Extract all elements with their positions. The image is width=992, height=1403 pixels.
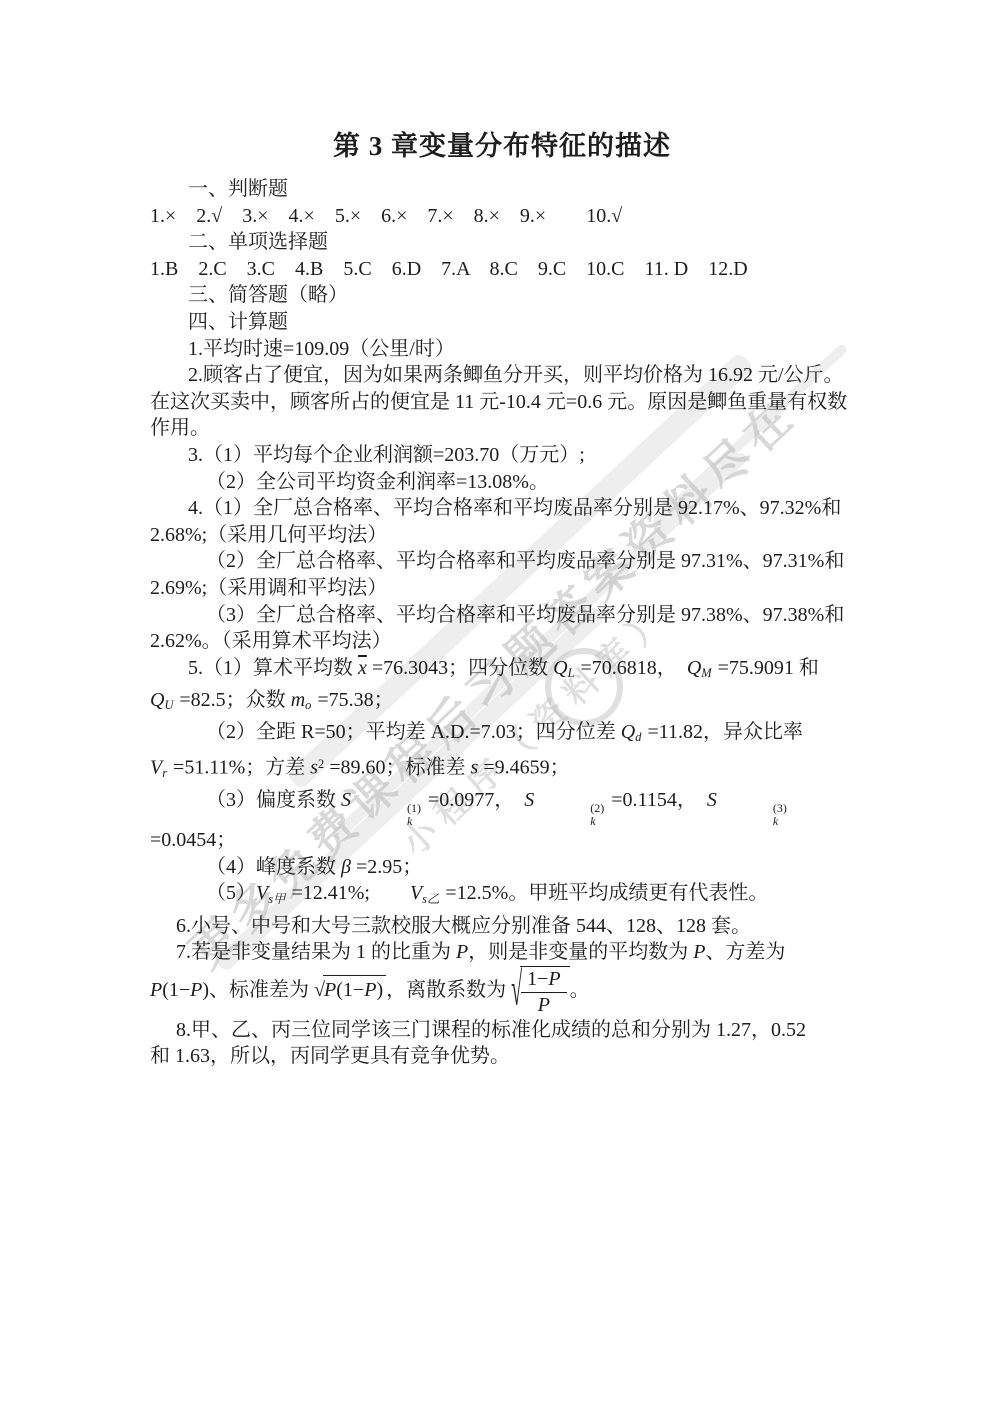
mean-symbol: x — [358, 657, 367, 679]
q1-answer: 1.平均时速=109.09（公里/时） — [150, 336, 854, 363]
judgment-answers: 1.× 2.√ 3.× 4.× 5.× 6.× 7.× 8.× 9.× 10.√ — [150, 203, 854, 230]
fraction: 1−PP — [521, 968, 567, 1017]
document-page: 第 3 章变量分布特征的描述 一、判断题 1.× 2.√ 3.× 4.× 5.×… — [150, 128, 854, 1070]
q8-answer-line1: 8.甲、乙、丙三位同学该三门课程的标准化成绩的总和分别为 1.27，0.52 — [150, 1017, 854, 1044]
q4-answer-line2: 2.68%;（采用几何平均法） — [150, 522, 854, 549]
q3-answer-line2: （2）全公司平均资金利润率=13.08%。 — [150, 469, 854, 496]
quartile-Q-symbol: Q — [687, 657, 701, 679]
fraction-numerator: 1−P — [521, 968, 567, 993]
radical-body: 1−PP — [520, 966, 570, 1017]
q5-text: 5.（1）算术平均数 — [188, 657, 358, 679]
subscript-o: o — [305, 698, 311, 712]
q5-text: =70.6818， — [576, 657, 687, 679]
q8-answer-line2: 和 1.63，所以，丙同学更具有竞争优势。 — [150, 1043, 854, 1070]
subscript-s-jia: s甲 — [268, 892, 285, 906]
q5-text: =2.95； — [351, 856, 422, 878]
q5-text: （5） — [206, 882, 256, 904]
q5-part2-line2: Vr =51.11%；方差 s2 =89.60；标准差 s =9.4659； — [150, 751, 854, 787]
quartile-Q-symbol: Q — [553, 657, 567, 679]
q7-text: 。 — [570, 979, 590, 1001]
P-symbol: P — [150, 979, 162, 1001]
subscript-d: d — [635, 730, 641, 744]
q5-part2-line1: （2）全距 R=50；平均差 A.D.=7.03；四分位差 Qd =11.82，… — [150, 719, 854, 751]
skewness-S-symbol: S — [341, 789, 351, 811]
q2-answer-line3: 作用。 — [150, 415, 854, 442]
q5-text: =51.11%；方差 — [168, 756, 310, 778]
q5-text: （2）全距 R=50；平均差 A.D.=7.03；四分位差 — [206, 721, 621, 743]
radical-sign: √ — [511, 960, 522, 1022]
q7-text: 7.若是非变量结果为 1 的比重为 — [176, 941, 456, 963]
section2-heading: 二、单项选择题 — [150, 229, 854, 256]
q5-text: =0.1154， — [606, 789, 707, 811]
subscript-M: M — [701, 666, 711, 680]
subscript-r: r — [162, 766, 167, 780]
skewness-subsup-2: (2)k — [534, 802, 604, 827]
variance-expression: (1− — [162, 979, 190, 1001]
choice-answers: 1.B 2.C 3.C 4.B 5.C 6.D 7.A 8.C 9.C 10.C… — [150, 256, 854, 283]
q3-answer-line1: 3.（1）平均每个企业利润额=203.70（万元）; — [150, 442, 854, 469]
subscript-L: L — [568, 666, 575, 680]
skewness-subsup-3: (3)k — [717, 802, 787, 827]
P-symbol: P — [693, 941, 705, 963]
section3-heading: 三、简答题（略） — [150, 282, 854, 309]
beta-symbol: β — [341, 856, 351, 878]
q7-answer-line1: 7.若是非变量结果为 1 的比重为 P，则是非变量的平均数为 P、方差为 — [150, 939, 854, 966]
q7-text: ，离散系数为 — [386, 979, 511, 1001]
mode-symbol: m — [291, 689, 305, 711]
q4-answer-line6: 2.62%。（采用算术平均法） — [150, 628, 854, 655]
sqrt-fraction-expression: √1−PP — [511, 966, 569, 1017]
q6-answer: 6.小号、中号和大号三款校服大概应分别准备 544、128、128 套。 — [150, 913, 854, 940]
q4-answer-line1: 4.（1）全厂总合格率、平均合格率和平均废品率分别是 92.17%、97.32%… — [150, 495, 854, 522]
P-symbol: P — [456, 941, 468, 963]
q5-part1-line2: QU =82.5；众数 mo =75.38； — [150, 687, 854, 719]
subscript-U: U — [164, 698, 173, 712]
q7-answer-line2: P(1−P)、标准差为 √P(1−P)，离散系数为 √1−PP。 — [150, 966, 854, 1017]
q5-part4-line: （4）峰度系数 β =2.95； — [150, 854, 854, 881]
q5-text: =76.3043；四分位数 — [367, 657, 553, 679]
fraction-denominator: P — [521, 993, 567, 1017]
section4-heading: 四、计算题 — [150, 309, 854, 336]
skewness-subsup-1: (1)k — [351, 802, 421, 827]
radical-body: P(1−P) — [323, 975, 386, 1004]
V-symbol: V — [150, 756, 162, 778]
q2-answer-line2: 在这次买卖中，顾客所占的便宜是 11 元-10.4 元=0.6 元。原因是鲫鱼重… — [150, 389, 854, 416]
q5-text: =12.5%。甲班平均成绩更有代表性。 — [440, 882, 768, 904]
skewness-S-symbol: S — [524, 789, 534, 811]
q5-text: =75.38； — [312, 689, 393, 711]
q5-text: （4）峰度系数 — [206, 856, 341, 878]
q5-text: =12.41%; — [286, 882, 410, 904]
q5-text: =11.82，异众比率 — [642, 721, 803, 743]
q5-part3-line: （3）偏度系数 S(1)k =0.0977， S(2)k =0.1154， S(… — [150, 787, 854, 854]
page-title: 第 3 章变量分布特征的描述 — [150, 128, 854, 164]
P-symbol: P — [190, 979, 202, 1001]
q7-text: 、标准差为 — [209, 979, 314, 1001]
q5-text: =82.5；众数 — [174, 689, 290, 711]
q5-text: =9.4659； — [478, 756, 569, 778]
sqrt-expression: √P(1−P) — [314, 979, 386, 1001]
q2-answer-line1: 2.顾客占了便宜，因为如果两条鲫鱼分开买，则平均价格为 16.92 元/公斤。 — [150, 362, 854, 389]
q5-part1-line1: 5.（1）算术平均数 x =76.3043；四分位数 QL =70.6818， … — [150, 655, 854, 687]
quartile-Q-symbol: Q — [621, 721, 635, 743]
section1-heading: 一、判断题 — [150, 176, 854, 203]
q7-text: ，则是非变量的平均数为 — [468, 941, 693, 963]
q5-text: （3）偏度系数 — [206, 789, 341, 811]
q5-text: =89.60；标准差 — [324, 756, 470, 778]
q5-part5-line: （5）Vs甲 =12.41%; Vs乙 =12.5%。甲班平均成绩更有代表性。 — [150, 880, 854, 912]
q5-text: =75.9091 和 — [713, 657, 819, 679]
q7-text: 、方差为 — [705, 941, 785, 963]
s-symbol: s — [310, 756, 318, 778]
quartile-Q-symbol: Q — [150, 689, 164, 711]
q4-answer-line3: （2）全厂总合格率、平均合格率和平均废品率分别是 97.31%、97.31%和 — [150, 548, 854, 575]
skewness-S-symbol: S — [707, 789, 717, 811]
subscript-s-yi: s乙 — [422, 892, 439, 906]
q4-answer-line5: （3）全厂总合格率、平均合格率和平均废品率分别是 97.38%、97.38%和 — [150, 602, 854, 629]
V-symbol: V — [410, 882, 422, 904]
V-symbol: V — [256, 882, 268, 904]
q4-answer-line4: 2.69%;（采用调和平均法） — [150, 575, 854, 602]
q5-text: =0.0977， — [423, 789, 524, 811]
